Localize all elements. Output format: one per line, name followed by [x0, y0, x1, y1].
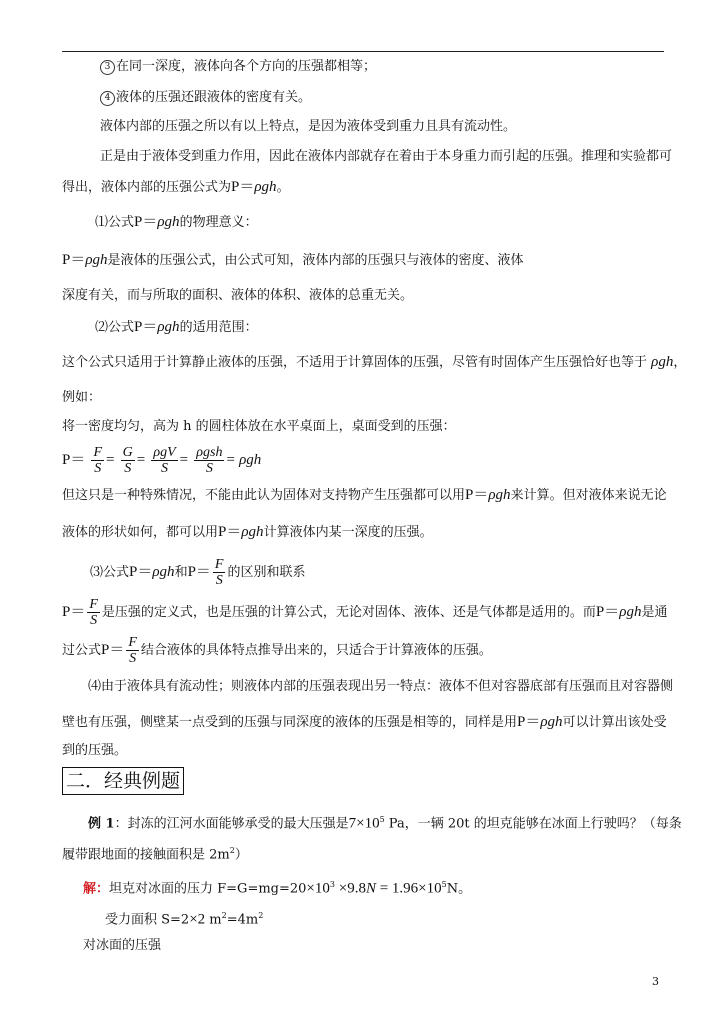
solution-label: 解：	[83, 881, 109, 896]
sub4-body-3: 到的压强。	[62, 742, 127, 760]
fraction: FS	[91, 445, 104, 476]
list-item-3: 3在同一深度，液体向各个方向的压强都相等；	[100, 58, 376, 76]
subheading-3: ⑶公式P＝ρgh和P＝FS的区别和联系	[90, 552, 306, 593]
sub4-body-1: ⑷由于液体具有流动性；则液体内部的压强表现出另一特点：液体不但对容器底部有压强而…	[88, 678, 673, 696]
paragraph-derive-2: 得出，液体内部的压强公式为P＝ρgh。	[62, 178, 290, 197]
fraction-F-S: FS	[126, 635, 139, 666]
subheading-2: ⑵公式P＝ρgh的适用范围：	[95, 318, 258, 337]
fraction: GS	[121, 445, 135, 476]
fraction: ρgshS	[194, 445, 224, 476]
derivation-formula: P＝ FS= GS= ρgVS= ρgshS= ρgh	[62, 440, 261, 481]
circled-number-3: 3	[100, 60, 115, 75]
circled-number-4: 4	[100, 91, 115, 106]
section-heading: 二．经典例题	[62, 767, 184, 795]
subheading-1: ⑴公式P＝ρgh的物理意义：	[95, 213, 258, 232]
solution-line-3: 对冰面的压强	[83, 937, 161, 955]
sub3-body-2: 过公式P＝FS结合液体的具体特点推导出来的，只适合于计算液体的压强。	[62, 630, 492, 671]
fraction-F-S: FS	[213, 557, 226, 588]
sub3-body-1: P＝FS是压强的定义式，也是压强的计算公式，无论对固体、液体、还是气体都是适用的…	[62, 592, 667, 633]
sub2-body-1: 这个公式只适用于计算静止液体的压强，不适用于计算固体的压强，尽管有时固体产生压强…	[62, 353, 686, 372]
fraction-F-S: FS	[87, 597, 100, 628]
sub2-body-4: 但这只是一种特殊情况，不能由此认为固体对支持物产生压强都可以用P＝ρgh来计算。…	[62, 486, 667, 505]
sub1-body-1: P＝ρgh是液体的压强公式，由公式可知，液体内部的压强只与液体的密度、液体	[62, 251, 524, 270]
header-rule	[62, 51, 664, 52]
solution-line-1: 解：坦克对冰面的压力 F=G=mg=20×103 ×9.8N = 1.96×10…	[83, 876, 471, 898]
example-1-line-1: 例 1：封冻的江河水面能够承受的最大压强是7×105 Pa，一辆 20t 的坦克…	[88, 811, 682, 833]
solution-line-2: 受力面积 S=2×2 m2=4m2	[105, 907, 263, 929]
sub1-body-2: 深度有关，而与所取的面积、液体的体积、液体的总重无关。	[62, 287, 413, 305]
paragraph-derive-1: 正是由于液体受到重力作用，因此在液体内部就存在着由于本身重力而引起的压强。推理和…	[100, 148, 672, 166]
fraction: ρgVS	[151, 445, 177, 476]
list-item-4: 4液体的压强还跟液体的密度有关。	[100, 89, 311, 107]
sub2-body-2: 例如：	[62, 389, 101, 407]
paragraph-reason: 液体内部的压强之所以有以上特点，是因为液体受到重力且具有流动性。	[100, 118, 516, 136]
page-number: 3	[652, 975, 659, 988]
sub2-body-3: 将一密度均匀，高为 h 的圆柱体放在水平桌面上，桌面受到的压强：	[62, 418, 456, 436]
example-label: 例 1	[88, 816, 115, 831]
sub4-body-2: 壁也有压强，侧壁某一点受到的压强与同深度的液体的压强是相等的，同样是用P＝ρgh…	[62, 713, 667, 732]
example-1-line-2: 履带跟地面的接触面积是 2m2）	[62, 842, 248, 864]
sub2-body-5: 液体的形状如何，都可以用P＝ρgh计算液体内某一深度的压强。	[62, 523, 433, 542]
formula-rgh: ρgh	[254, 179, 276, 195]
